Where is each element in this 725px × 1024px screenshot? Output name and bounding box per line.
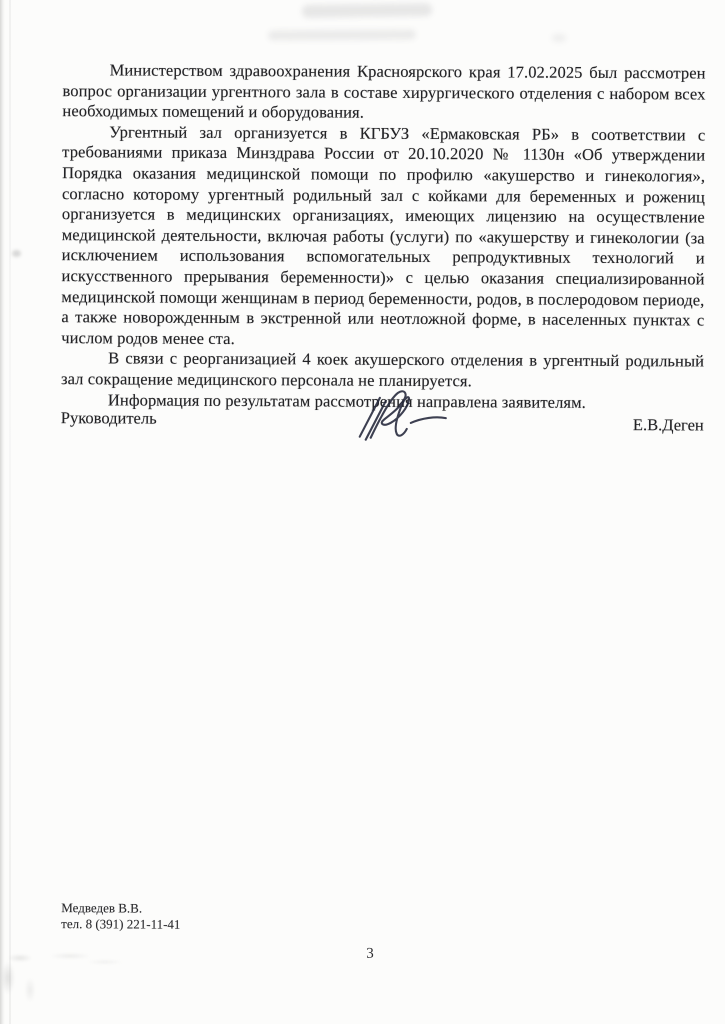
page-number: 3 xyxy=(0,944,725,965)
scanned-document-page: Министерством здравоохранения Красноярск… xyxy=(0,0,725,1024)
signature-icon xyxy=(346,385,464,448)
signatory-role: Руководитель xyxy=(61,408,157,429)
letter-body: Министерством здравоохранения Красноярск… xyxy=(61,60,706,413)
body-paragraph: Ургентный зал организуется в КГБУЗ «Ерма… xyxy=(61,122,705,352)
executor-contact: Медведев В.В. тел. 8 (391) 221-11-41 xyxy=(61,900,180,932)
letter-content: Министерством здравоохранения Красноярск… xyxy=(0,0,725,1024)
signatory-name: Е.В.Деген xyxy=(633,415,704,435)
body-paragraph: Министерством здравоохранения Красноярск… xyxy=(62,60,705,125)
scan-edge-shadow xyxy=(0,0,5,1024)
contact-phone: тел. 8 (391) 221-11-41 xyxy=(61,916,180,932)
scan-edge-line xyxy=(9,0,11,1024)
contact-name: Медведев В.В. xyxy=(61,900,180,916)
